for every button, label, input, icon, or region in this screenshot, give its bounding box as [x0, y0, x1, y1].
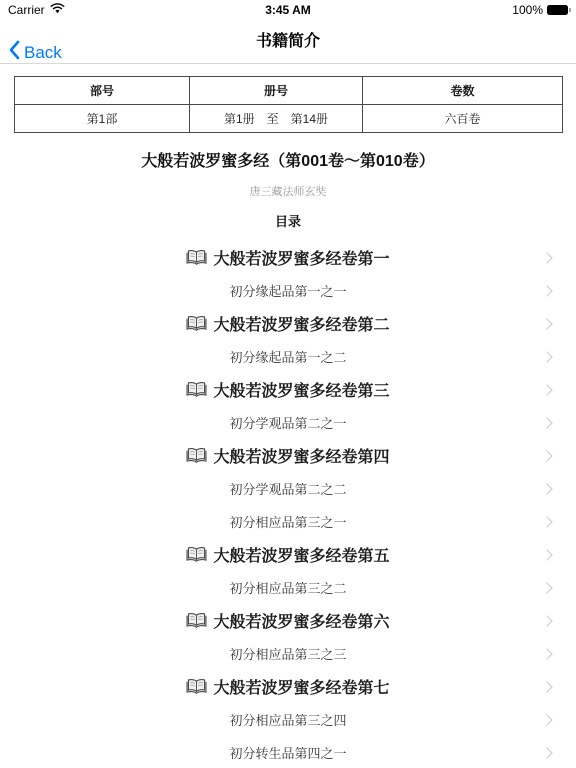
open-book-icon [186, 546, 207, 563]
table-cell-volume: 第1册 至 第14册 [190, 105, 363, 133]
table-header-scroll: 卷数 [363, 77, 563, 105]
chevron-right-icon [541, 384, 552, 395]
toc-item-volume-2[interactable]: 大般若波罗蜜多经卷第二 [0, 307, 576, 340]
status-time: 3:45 AM [0, 3, 576, 17]
book-title: 大般若波罗蜜多经（第001卷～第010卷） [0, 148, 576, 171]
table-header-part: 部号 [15, 77, 190, 105]
chevron-right-icon [541, 615, 552, 626]
open-book-icon [186, 315, 207, 332]
battery-percent-label: 100% [512, 3, 543, 17]
toc-item-label: 大般若波罗蜜多经卷第六 [213, 609, 389, 632]
chevron-right-icon [541, 252, 552, 263]
chevron-right-icon [541, 483, 552, 494]
chevron-right-icon [541, 516, 552, 527]
toc-item-label: 初分相应品第三之四 [229, 710, 346, 729]
carrier-label: Carrier [8, 3, 45, 17]
toc-item-chapter[interactable]: 初分缘起品第一之二 [0, 340, 576, 373]
toc-item-volume-6[interactable]: 大般若波罗蜜多经卷第六 [0, 604, 576, 637]
toc-item-chapter[interactable]: 初分学观品第二之二 [0, 472, 576, 505]
toc-item-chapter[interactable]: 初分相应品第三之四 [0, 703, 576, 736]
chevron-right-icon [541, 318, 552, 329]
book-author: 唐三藏法师玄奘 [0, 183, 576, 199]
book-info-table: 部号 册号 卷数 第1部 第1册 至 第14册 六百卷 [14, 76, 563, 133]
chevron-right-icon [541, 681, 552, 692]
toc-item-label: 初分相应品第三之一 [229, 512, 346, 531]
chevron-right-icon [541, 417, 552, 428]
toc-item-chapter[interactable]: 初分相应品第三之一 [0, 505, 576, 538]
toc-item-label: 大般若波罗蜜多经卷第二 [213, 312, 389, 335]
chevron-right-icon [541, 648, 552, 659]
toc-item-label: 大般若波罗蜜多经卷第七 [213, 675, 389, 698]
toc-item-chapter[interactable]: 初分相应品第三之三 [0, 637, 576, 670]
toc-item-volume-1[interactable]: 大般若波罗蜜多经卷第一 [0, 241, 576, 274]
toc-item-label: 初分学观品第二之一 [229, 413, 346, 432]
chevron-left-icon [8, 40, 20, 65]
toc-heading: 目录 [0, 211, 576, 230]
toc-item-label: 初分缘起品第一之二 [229, 347, 346, 366]
status-bar: Carrier 3:45 AM 100% [0, 0, 576, 20]
chevron-right-icon [541, 351, 552, 362]
chevron-right-icon [541, 582, 552, 593]
chevron-right-icon [541, 549, 552, 560]
open-book-icon [186, 612, 207, 629]
chevron-right-icon [541, 747, 552, 758]
table-header-volume: 册号 [190, 77, 363, 105]
wifi-icon [50, 3, 65, 17]
toc-item-chapter[interactable]: 初分缘起品第一之一 [0, 274, 576, 307]
open-book-icon [186, 678, 207, 695]
toc-item-label: 初分缘起品第一之一 [229, 281, 346, 300]
toc-item-volume-3[interactable]: 大般若波罗蜜多经卷第三 [0, 373, 576, 406]
navigation-bar: 书籍简介 Back [0, 20, 576, 64]
toc-item-volume-7[interactable]: 大般若波罗蜜多经卷第七 [0, 670, 576, 703]
open-book-icon [186, 249, 207, 266]
battery-icon [547, 5, 568, 15]
toc-item-chapter[interactable]: 初分转生品第四之一 [0, 736, 576, 768]
table-cell-part: 第1部 [15, 105, 190, 133]
toc-item-label: 初分转生品第四之一 [229, 743, 346, 762]
toc-item-volume-5[interactable]: 大般若波罗蜜多经卷第五 [0, 538, 576, 571]
back-button[interactable]: Back [8, 40, 62, 65]
open-book-icon [186, 447, 207, 464]
chevron-right-icon [541, 714, 552, 725]
toc-item-label: 初分学观品第二之二 [229, 479, 346, 498]
chevron-right-icon [541, 285, 552, 296]
toc-item-chapter[interactable]: 初分学观品第二之一 [0, 406, 576, 439]
toc-list: 大般若波罗蜜多经卷第一 初分缘起品第一之一 大般若波罗蜜多经卷第二 初分缘起品第… [0, 241, 576, 768]
chevron-right-icon [541, 450, 552, 461]
toc-item-label: 初分相应品第三之三 [229, 644, 346, 663]
table-cell-scroll: 六百卷 [363, 105, 563, 133]
toc-item-label: 大般若波罗蜜多经卷第三 [213, 378, 389, 401]
back-button-label: Back [24, 43, 62, 63]
toc-item-label: 大般若波罗蜜多经卷第一 [213, 246, 389, 269]
toc-item-label: 初分相应品第三之二 [229, 578, 346, 597]
open-book-icon [186, 381, 207, 398]
toc-item-volume-4[interactable]: 大般若波罗蜜多经卷第四 [0, 439, 576, 472]
table-row: 第1部 第1册 至 第14册 六百卷 [15, 105, 563, 133]
toc-item-label: 大般若波罗蜜多经卷第四 [213, 444, 389, 467]
toc-item-chapter[interactable]: 初分相应品第三之二 [0, 571, 576, 604]
toc-item-label: 大般若波罗蜜多经卷第五 [213, 543, 389, 566]
page-title: 书籍简介 [0, 28, 576, 51]
